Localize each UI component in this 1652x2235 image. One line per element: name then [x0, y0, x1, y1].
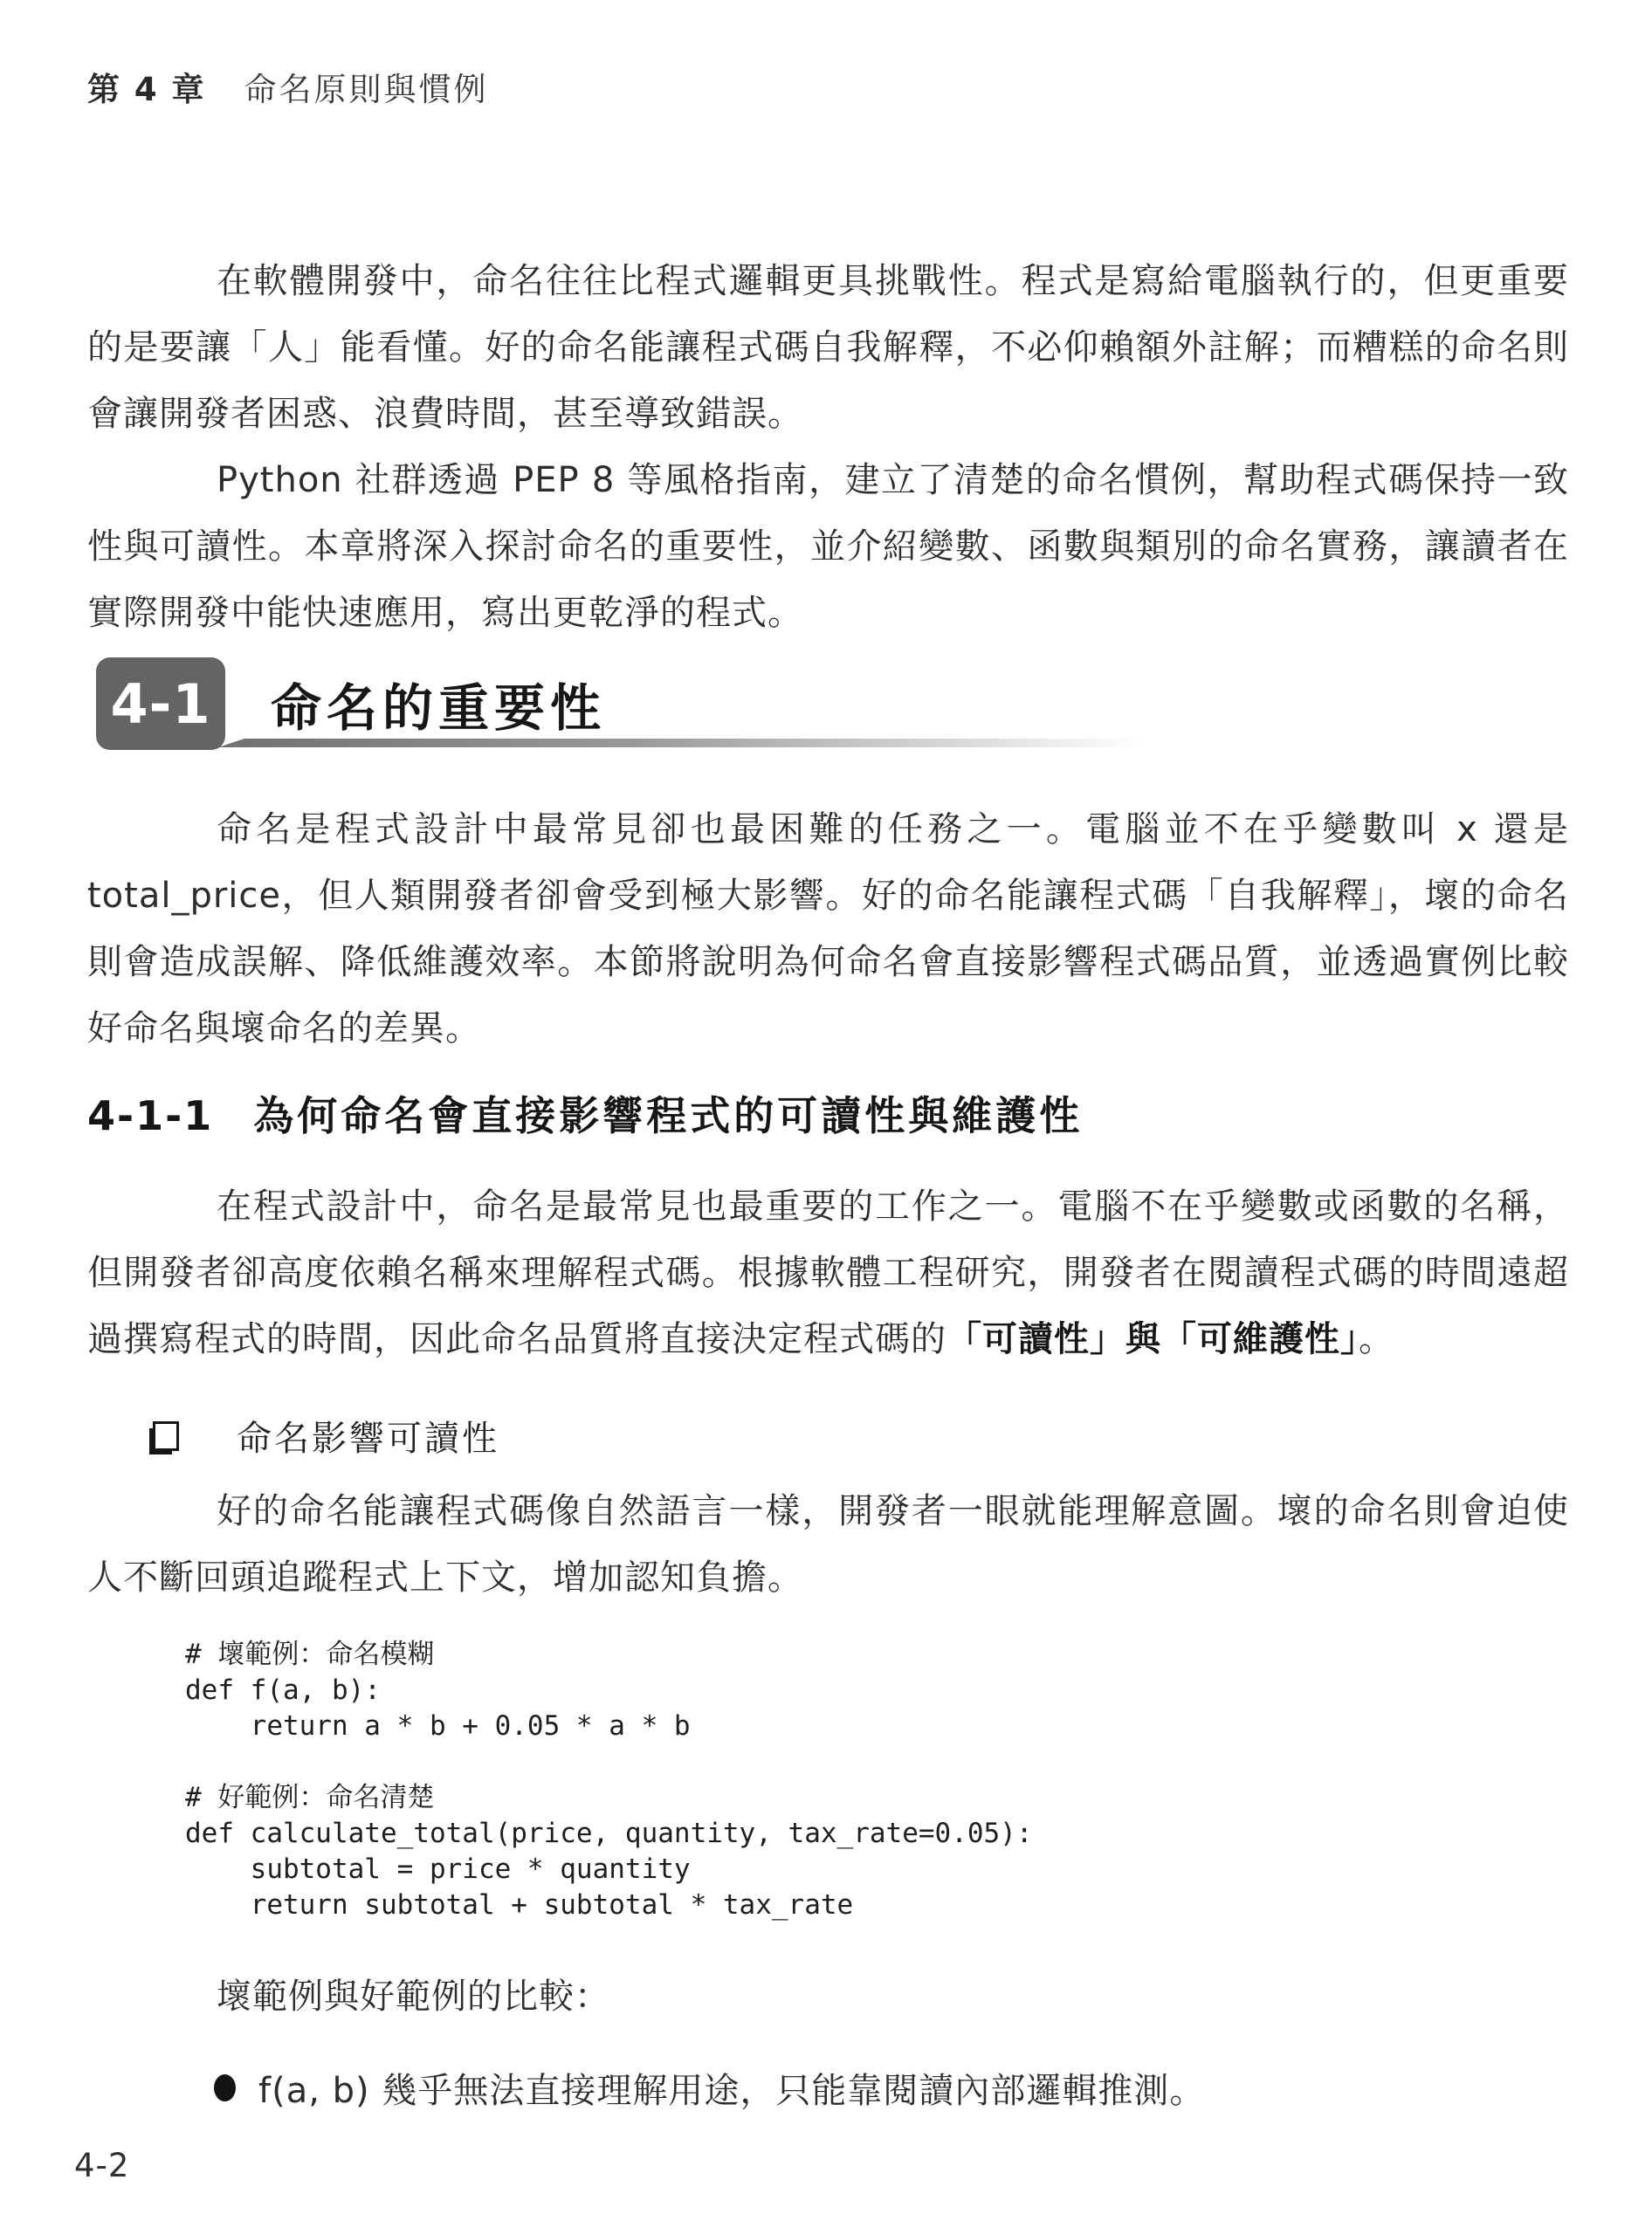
- square-bullet-heading: 命名影響可讀性: [153, 1411, 1569, 1461]
- compare-label: 壞範例與好範例的比較：: [87, 1963, 1569, 2030]
- readability-paragraph-1: 好的命名能讓程式碼像自然語言一樣，開發者一眼就能理解意圖。壞的命名則會迫使人不斷…: [87, 1478, 1569, 1611]
- section-number: 4-1: [110, 672, 210, 736]
- page-content: 第 4 章 命名原則與慣例 在軟體開發中，命名往往比程式邏輯更具挑戰性。程式是寫…: [0, 0, 1652, 2113]
- intro-paragraph-1: 在軟體開發中，命名往往比程式邏輯更具挑戰性。程式是寫給電腦執行的，但更重要的是要…: [87, 248, 1569, 447]
- section-title: 命名的重要性: [271, 667, 606, 740]
- subsection-paragraph-1-bold: 「可讀性」與「可維護性」: [946, 1319, 1359, 1359]
- chapter-title: 命名原則與慣例: [244, 63, 489, 110]
- section-paragraph-1: 命名是程式設計中最常見卻也最困難的任務之一。電腦並不在乎變數叫 x 還是 tot…: [87, 796, 1569, 1062]
- section-number-badge: 4-1: [96, 657, 225, 750]
- page-number: 4-2: [74, 2147, 129, 2184]
- list-item: f(a, b) 幾乎無法直接理解用途，只能靠閱讀內部邏輯推測。: [214, 2063, 1569, 2113]
- chapter-number-label: 第 4 章: [87, 63, 206, 110]
- chapter-header: 第 4 章 命名原則與慣例: [87, 63, 1569, 110]
- square-bullet-label: 命名影響可讀性: [237, 1411, 499, 1461]
- subsection-number: 4-1-1: [87, 1092, 213, 1139]
- book-page: 第 4 章 命名原則與慣例 在軟體開發中，命名往往比程式邏輯更具挑戰性。程式是寫…: [0, 0, 1652, 2235]
- intro-paragraph-2: Python 社群透過 PEP 8 等風格指南，建立了清楚的命名慣例，幫助程式碼…: [87, 447, 1569, 646]
- square-bullet-icon: [153, 1421, 179, 1451]
- list-item-text: f(a, b) 幾乎無法直接理解用途，只能靠閱讀內部邏輯推測。: [258, 2063, 1205, 2113]
- code-block: # 壞範例：命名模糊 def f(a, b): return a * b + 0…: [185, 1637, 1569, 1923]
- subsection-paragraph-1: 在程式設計中，命名是最常見也最重要的工作之一。電腦不在乎變數或函數的名稱，但開發…: [87, 1173, 1569, 1372]
- subsection-title: 為何命名會直接影響程式的可讀性與維護性: [253, 1084, 1083, 1142]
- section-banner: 4-1 命名的重要性: [87, 657, 1569, 751]
- dot-bullet-icon: [214, 2074, 236, 2101]
- subsection-heading: 4-1-1 為何命名會直接影響程式的可讀性與維護性: [87, 1084, 1569, 1142]
- subsection-paragraph-1-tail: 。: [1359, 1319, 1394, 1359]
